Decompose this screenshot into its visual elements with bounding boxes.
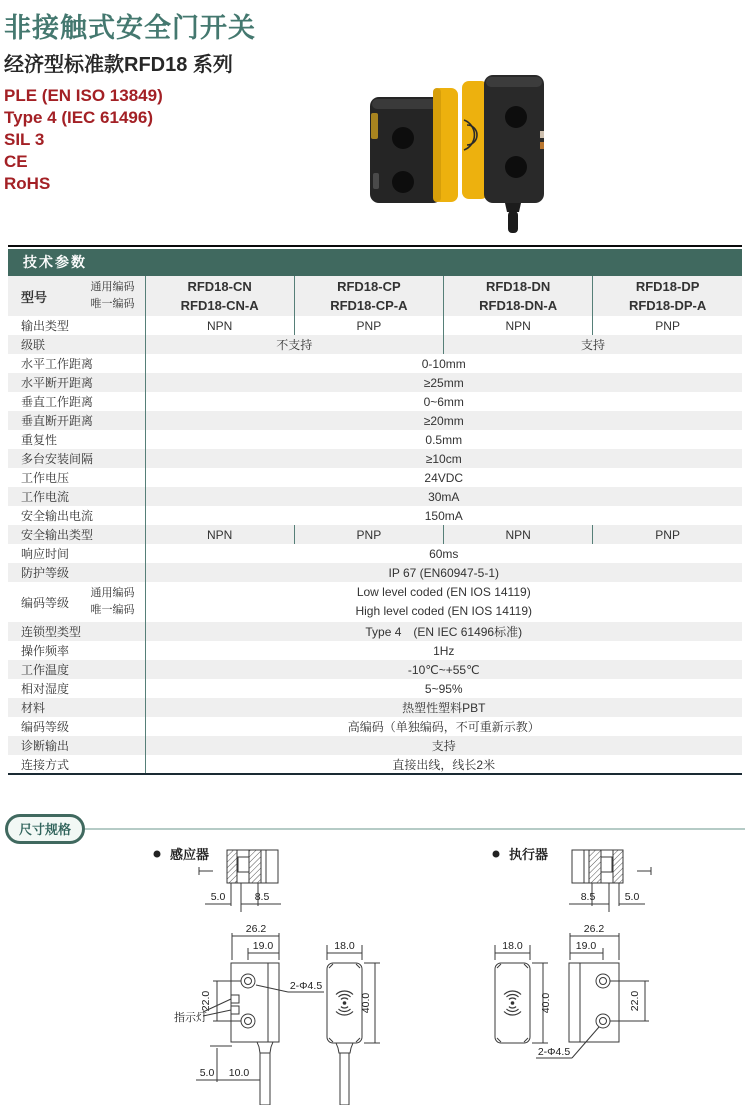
dim-label: 18.0 xyxy=(334,940,355,952)
hole-dim-label: 2-Φ4.5 xyxy=(290,980,322,992)
spec-row: 安全输出类型 NPN PNP NPN PNP xyxy=(8,525,742,544)
dim-label: 8.5 xyxy=(255,891,270,903)
row-value: 高编码（单独编码，不可重新示教） xyxy=(145,717,742,736)
cert-item: Type 4 (IEC 61496) xyxy=(4,107,344,129)
row-value: 30mA xyxy=(145,487,742,506)
row-value: 支持 xyxy=(444,335,743,354)
row-value: 60ms xyxy=(145,544,742,563)
certification-list: PLE (EN ISO 13849) Type 4 (IEC 61496) SI… xyxy=(4,85,344,195)
spec-row: 水平工作距离 0-10mm xyxy=(8,354,742,373)
row-label: 垂直断开距离 xyxy=(8,411,145,430)
model-name: RFD18-CN-A xyxy=(146,296,294,315)
row-label: 级联 xyxy=(8,335,145,354)
model-name: RFD18-DN xyxy=(444,277,592,296)
actuator-front-view: 18.0 40.0 xyxy=(495,940,552,1043)
row-value: 1Hz xyxy=(145,641,742,660)
section-divider-line xyxy=(85,828,745,830)
datasheet-page: 非接触式安全门开关 经济型标准款RFD18 系列 PLE (EN ISO 138… xyxy=(0,0,750,1105)
row-label: 响应时间 xyxy=(8,544,145,563)
dim-label: 19.0 xyxy=(576,940,597,952)
cert-item: CE xyxy=(4,151,344,173)
page-subtitle: 经济型标准款RFD18 系列 xyxy=(4,48,344,77)
row-label: 输出类型 xyxy=(8,316,145,335)
sensor-label: 感应器 xyxy=(170,847,209,862)
sensor-drawing-group: 感应器 5.0 8.5 xyxy=(154,847,381,1105)
row-label: 安全输出电流 xyxy=(8,506,145,525)
sensor-unit-photo xyxy=(370,88,458,203)
model-name: RFD18-CN xyxy=(146,277,294,296)
dim-label: 8.5 xyxy=(581,891,596,903)
spec-row: 输出类型 NPN PNP NPN PNP xyxy=(8,316,742,335)
hole-dim-label: 2-Φ4.5 xyxy=(538,1046,570,1058)
row-label: 操作频率 xyxy=(8,641,145,660)
model-name: RFD18-DN-A xyxy=(444,296,592,315)
row-value: PNP xyxy=(593,525,742,544)
actuator-top-view: 8.5 5.0 xyxy=(569,850,651,912)
spec-row: 多台安装间隔 ≥10cm xyxy=(8,449,742,468)
spec-table: 型号 通用编码 唯一编码 RFD18-CN RFD18-CN-A RFD18-C… xyxy=(8,276,742,775)
product-photo xyxy=(340,55,600,235)
spec-row: 工作电流 30mA xyxy=(8,487,742,506)
row-label: 编码等级 通用编码 唯一编码 xyxy=(8,582,145,622)
row-value: RFD18-DP RFD18-DP-A xyxy=(593,276,742,316)
spec-row: 材料 热塑性塑料PBT xyxy=(8,698,742,717)
bullet-icon xyxy=(154,851,161,858)
spec-row: 操作频率 1Hz xyxy=(8,641,742,660)
row-value: NPN xyxy=(145,525,294,544)
row-label: 相对湿度 xyxy=(8,679,145,698)
row-value: 0.5mm xyxy=(145,430,742,449)
row-value: ≥10cm xyxy=(145,449,742,468)
coding-value: High level coded (EN IOS 14119) xyxy=(146,602,743,621)
row-value: 150mA xyxy=(145,506,742,525)
spec-row: 垂直断开距离 ≥20mm xyxy=(8,411,742,430)
coding-sub-label: 唯一编码 xyxy=(91,602,135,619)
coding-value: Low level coded (EN IOS 14119) xyxy=(146,583,743,602)
spec-row: 级联 不支持 支持 xyxy=(8,335,742,354)
spec-row: 重复性 0.5mm xyxy=(8,430,742,449)
row-value: NPN xyxy=(444,316,593,335)
row-value: 热塑性塑料PBT xyxy=(145,698,742,717)
row-label: 连接方式 xyxy=(8,755,145,774)
spec-row: 工作电压 24VDC xyxy=(8,468,742,487)
sensor-front-view: 18.0 40.0 xyxy=(327,940,380,1105)
row-label: 水平断开距离 xyxy=(8,373,145,392)
dim-label: 40.0 xyxy=(540,993,552,1014)
actuator-side-view: 26.2 19.0 22.0 2-Φ4.5 xyxy=(536,923,649,1058)
dim-label: 26.2 xyxy=(246,923,267,935)
row-label: 诊断输出 xyxy=(8,736,145,755)
spec-row: 防护等级 IP 67 (EN60947-5-1) xyxy=(8,563,742,582)
dimension-drawings: 感应器 5.0 8.5 xyxy=(0,840,750,1105)
model-name: RFD18-DP xyxy=(593,277,742,296)
cert-item: PLE (EN ISO 13849) xyxy=(4,85,344,107)
spec-section: 技术参数 型号 通用编码 唯一编码 RFD18-C xyxy=(8,245,742,775)
row-value: -10℃~+55℃ xyxy=(145,660,742,679)
cert-item: RoHS xyxy=(4,173,344,195)
model-name: RFD18-CP xyxy=(295,277,443,296)
spec-row: 编码等级 通用编码 唯一编码 Low level coded (EN IOS 1… xyxy=(8,582,742,622)
model-name: RFD18-DP-A xyxy=(593,296,742,315)
spec-row: 垂直工作距离 0~6mm xyxy=(8,392,742,411)
row-value: 5~95% xyxy=(145,679,742,698)
spec-row: 水平断开距离 ≥25mm xyxy=(8,373,742,392)
row-label: 安全输出类型 xyxy=(8,525,145,544)
bullet-icon xyxy=(493,851,500,858)
row-value: PNP xyxy=(294,316,443,335)
spec-row: 响应时间 60ms xyxy=(8,544,742,563)
sensor-top-view: 5.0 8.5 xyxy=(199,850,281,912)
row-value: PNP xyxy=(593,316,742,335)
indicator-label: 指示灯 xyxy=(174,1010,207,1024)
spec-row: 连锁型类型 Type 4 (EN IEC 61496标准) xyxy=(8,622,742,641)
coding-level-label: 编码等级 xyxy=(21,594,69,611)
row-value: ≥20mm xyxy=(145,411,742,430)
spec-row: 相对湿度 5~95% xyxy=(8,679,742,698)
model-sub-label: 唯一编码 xyxy=(91,296,135,313)
row-label: 工作电流 xyxy=(8,487,145,506)
cert-item: SIL 3 xyxy=(4,129,344,151)
dim-label: 26.2 xyxy=(584,923,605,935)
dim-label: 5.0 xyxy=(625,891,640,903)
row-value: 支持 xyxy=(145,736,742,755)
model-name: RFD18-CP-A xyxy=(295,296,443,315)
row-value: 24VDC xyxy=(145,468,742,487)
spec-row: 编码等级 高编码（单独编码，不可重新示教） xyxy=(8,717,742,736)
page-title: 非接触式安全门开关 xyxy=(4,6,344,45)
row-value: 直接出线，线长2米 xyxy=(145,755,742,774)
coding-sub-label: 通用编码 xyxy=(91,585,135,602)
actuator-drawing-group: 执行器 8.5 5.0 xyxy=(493,847,652,1058)
row-value: 0~6mm xyxy=(145,392,742,411)
spec-row: 工作温度 -10℃~+55℃ xyxy=(8,660,742,679)
row-value: RFD18-CN RFD18-CN-A xyxy=(145,276,294,316)
row-value: 不支持 xyxy=(145,335,444,354)
row-label: 型号 通用编码 唯一编码 xyxy=(8,276,145,316)
dim-label: 5.0 xyxy=(211,891,226,903)
actuator-unit-photo xyxy=(462,75,544,233)
row-label: 工作温度 xyxy=(8,660,145,679)
row-label: 工作电压 xyxy=(8,468,145,487)
dim-label: 19.0 xyxy=(253,940,274,952)
row-value: 0-10mm xyxy=(145,354,742,373)
row-value: NPN xyxy=(444,525,593,544)
row-value: Type 4 (EN IEC 61496标准) xyxy=(145,622,742,641)
dim-label: 5.0 xyxy=(200,1067,215,1079)
row-label: 防护等级 xyxy=(8,563,145,582)
row-label: 编码等级 xyxy=(8,717,145,736)
row-value: PNP xyxy=(294,525,443,544)
row-value: ≥25mm xyxy=(145,373,742,392)
tech-params-header: 技术参数 xyxy=(8,249,742,276)
spec-row: 安全输出电流 150mA xyxy=(8,506,742,525)
model-sub-label: 通用编码 xyxy=(91,279,135,296)
row-label: 水平工作距离 xyxy=(8,354,145,373)
sensor-side-view: 26.2 19.0 22.0 指示灯 xyxy=(174,923,324,1105)
row-value: Low level coded (EN IOS 14119) High leve… xyxy=(145,582,742,622)
row-label: 垂直工作距离 xyxy=(8,392,145,411)
model-row: 型号 通用编码 唯一编码 RFD18-CN RFD18-CN-A RFD18-C… xyxy=(8,276,742,316)
dim-label: 10.0 xyxy=(229,1067,250,1079)
dim-label: 40.0 xyxy=(360,993,372,1014)
row-value: IP 67 (EN60947-5-1) xyxy=(145,563,742,582)
model-label: 型号 xyxy=(21,287,47,306)
dim-label: 18.0 xyxy=(502,940,523,952)
row-label: 重复性 xyxy=(8,430,145,449)
actuator-label: 执行器 xyxy=(509,847,548,862)
header-block: 非接触式安全门开关 经济型标准款RFD18 系列 PLE (EN ISO 138… xyxy=(4,6,344,195)
spec-row: 诊断输出 支持 xyxy=(8,736,742,755)
row-value: RFD18-DN RFD18-DN-A xyxy=(444,276,593,316)
spec-row: 连接方式 直接出线，线长2米 xyxy=(8,755,742,774)
row-value: NPN xyxy=(145,316,294,335)
row-label: 连锁型类型 xyxy=(8,622,145,641)
row-value: RFD18-CP RFD18-CP-A xyxy=(294,276,443,316)
row-label: 多台安装间隔 xyxy=(8,449,145,468)
dim-label: 22.0 xyxy=(629,991,641,1012)
row-label: 材料 xyxy=(8,698,145,717)
